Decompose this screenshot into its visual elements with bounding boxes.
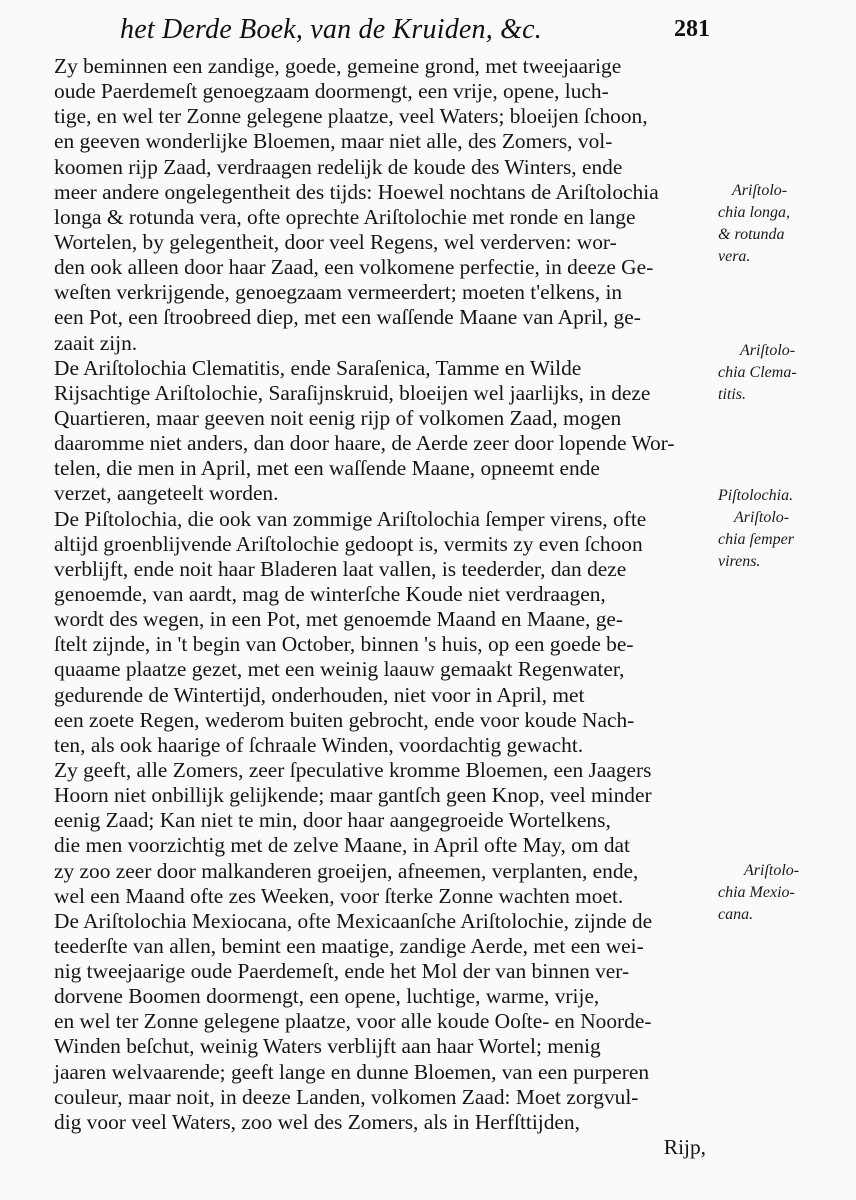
book-page: het Derde Boek, van de Kruiden, &c. 281 … <box>0 0 856 1200</box>
text-line: dorvene Boomen doormengt, een opene, luc… <box>54 984 706 1009</box>
line-text: den ook alleen door haar Zaad, een volko… <box>54 255 653 280</box>
line-text: Wortelen, by gelegentheit, door veel Reg… <box>54 230 617 255</box>
marginal-line: virens. <box>718 551 848 573</box>
text-line: koomen rijp Zaad, verdraagen redelijk de… <box>54 155 706 180</box>
line-text: Hoorn niet onbillijk gelijkende; maar ga… <box>54 783 652 808</box>
text-line: een zoete Regen, wederom buiten gebrocht… <box>54 708 706 733</box>
line-text: Zy geeft, alle Zomers, zeer ſpeculative … <box>54 758 652 783</box>
line-text: De Piſtolochia, die ook van zommige Ariſ… <box>54 507 646 532</box>
text-line: Zy geeft, alle Zomers, zeer ſpeculative … <box>54 758 706 783</box>
line-text: die men voorzichtig met de zelve Maane, … <box>54 833 630 858</box>
text-line: en geeven wonderlijke Bloemen, maar niet… <box>54 129 706 154</box>
line-text: een zoete Regen, wederom buiten gebrocht… <box>54 708 634 733</box>
text-line: verzet, aangeteelt worden. <box>54 481 706 506</box>
text-line: oude Paerdemeſt genoegzaam doormengt, ee… <box>54 79 706 104</box>
text-line: zaait zijn. <box>54 331 706 356</box>
text-line: jaaren welvaarende; geeft lange en dunne… <box>54 1060 706 1085</box>
text-line: Quartieren, maar geeven noit eenig rijp … <box>54 406 706 431</box>
line-text: dorvene Boomen doormengt, een opene, luc… <box>54 984 599 1009</box>
marginal-line: chia ſemper <box>718 529 848 551</box>
text-line: eenig Zaad; Kan niet te min, door haar a… <box>54 808 706 833</box>
text-line: den ook alleen door haar Zaad, een volko… <box>54 255 706 280</box>
line-text: zaait zijn. <box>54 331 137 356</box>
text-line: teederſte van allen, bemint een maatige,… <box>54 934 706 959</box>
page-header: het Derde Boek, van de Kruiden, &c. 281 <box>120 10 710 50</box>
running-title: het Derde Boek, van de Kruiden, &c. <box>120 14 542 46</box>
line-text: daaromme niet anders, dan door haare, de… <box>54 431 674 456</box>
marginal-line: Ariſtolo- <box>718 860 848 882</box>
marginal-line: Piſtolochia. <box>718 485 848 507</box>
text-line: meer andere ongelegentheit des tijds: Ho… <box>54 180 706 205</box>
text-line: De Ariſtolochia Mexiocana, ofte Mexicaan… <box>54 909 706 934</box>
line-text: Rijsachtige Ariſtolochie, Saraſijnskruid… <box>54 381 650 406</box>
line-text: meer andere ongelegentheit des tijds: Ho… <box>54 180 659 205</box>
line-text: wordt des wegen, in een Pot, met genoemd… <box>54 607 623 632</box>
marginal-line: & rotunda <box>718 224 848 246</box>
text-line: De Ariſtolochia Clematitis, ende Saraſen… <box>54 356 706 381</box>
line-text: longa & rotunda vera, ofte oprechte Ariſ… <box>54 205 636 230</box>
text-line: die men voorzichtig met de zelve Maane, … <box>54 833 706 858</box>
line-text: Zy beminnen een zandige, goede, gemeine … <box>54 54 621 79</box>
marginal-line: Ariſtolo- <box>718 507 848 529</box>
text-line: De Piſtolochia, die ook van zommige Ariſ… <box>54 507 706 532</box>
text-line: longa & rotunda vera, ofte oprechte Ariſ… <box>54 205 706 230</box>
line-text: nig tweejaarige oude Paerdemeſt, ende he… <box>54 959 629 984</box>
text-line: gedurende de Wintertijd, onderhouden, ni… <box>54 683 706 708</box>
line-text: koomen rijp Zaad, verdraagen redelijk de… <box>54 155 622 180</box>
text-line: ſtelt zijnde, in 't begin van October, b… <box>54 632 706 657</box>
line-text: altijd groenblijvende Ariſtolochie gedoo… <box>54 532 643 557</box>
line-text: en wel ter Zonne gelegene plaatze, voor … <box>54 1009 652 1034</box>
body-text: Zy beminnen een zandige, goede, gemeine … <box>54 54 706 1160</box>
text-line: Winden beſchut, weinig Waters verblijft … <box>54 1034 706 1059</box>
text-line: wel een Maand ofte zes Weeken, voor ſter… <box>54 884 706 909</box>
line-text: en geeven wonderlijke Bloemen, maar niet… <box>54 129 612 154</box>
line-text: een Pot, een ſtroobreed diep, met een wa… <box>54 305 641 330</box>
marginal-note: Piſtolochia. Ariſtolo- chia ſemper viren… <box>718 485 848 573</box>
text-line: wordt des wegen, in een Pot, met genoemd… <box>54 607 706 632</box>
marginal-note: Ariſtolo- chia Mexio- cana. <box>718 860 848 926</box>
text-line: een Pot, een ſtroobreed diep, met een wa… <box>54 305 706 330</box>
text-line: Rijsachtige Ariſtolochie, Saraſijnskruid… <box>54 381 706 406</box>
text-line: genoemde, van aardt, mag de winterſche K… <box>54 582 706 607</box>
page-number: 281 <box>674 16 710 43</box>
text-line: dig voor veel Waters, zoo wel des Zomers… <box>54 1110 706 1135</box>
line-text: weſten verkrijgende, genoegzaam vermeerd… <box>54 280 622 305</box>
line-text: De Ariſtolochia Mexiocana, ofte Mexicaan… <box>54 909 652 934</box>
line-text: zy zoo zeer door malkanderen groeijen, a… <box>54 859 638 884</box>
text-line: ten, als ook haarige of ſchraale Winden,… <box>54 733 706 758</box>
line-text: teederſte van allen, bemint een maatige,… <box>54 934 644 959</box>
marginal-line: cana. <box>718 904 848 926</box>
text-line: daaromme niet anders, dan door haare, de… <box>54 431 706 456</box>
text-line: telen, die men in April, met een waſſend… <box>54 456 706 481</box>
text-line: zy zoo zeer door malkanderen groeijen, a… <box>54 859 706 884</box>
line-text: ſtelt zijnde, in 't begin van October, b… <box>54 632 634 657</box>
marginal-line: chia longa, <box>718 202 848 224</box>
catchword-text: Rijp, <box>664 1135 706 1160</box>
line-text: couleur, maar noit, in deeze Landen, vol… <box>54 1085 638 1110</box>
line-text: eenig Zaad; Kan niet te min, door haar a… <box>54 808 611 833</box>
text-line: Wortelen, by gelegentheit, door veel Reg… <box>54 230 706 255</box>
catchword: Rijp, <box>54 1135 706 1160</box>
text-line: quaame plaatze gezet, met een weinig laa… <box>54 657 706 682</box>
marginal-note: Ariſtolo- chia Clema- titis. <box>718 340 848 406</box>
marginal-line: Ariſtolo- <box>718 340 848 362</box>
line-text: genoemde, van aardt, mag de winterſche K… <box>54 582 606 607</box>
marginal-line: Ariſtolo- <box>718 180 848 202</box>
line-text: gedurende de Wintertijd, onderhouden, ni… <box>54 683 584 708</box>
text-line: Hoorn niet onbillijk gelijkende; maar ga… <box>54 783 706 808</box>
text-line: weſten verkrijgende, genoegzaam vermeerd… <box>54 280 706 305</box>
text-line: verblijft, ende noit haar Bladeren laat … <box>54 557 706 582</box>
marginal-line: chia Mexio- <box>718 882 848 904</box>
line-text: oude Paerdemeſt genoegzaam doormengt, ee… <box>54 79 609 104</box>
line-text: dig voor veel Waters, zoo wel des Zomers… <box>54 1110 580 1135</box>
marginal-line: vera. <box>718 246 848 268</box>
line-text: jaaren welvaarende; geeft lange en dunne… <box>54 1060 649 1085</box>
line-text: telen, die men in April, met een waſſend… <box>54 456 600 481</box>
line-text: quaame plaatze gezet, met een weinig laa… <box>54 657 624 682</box>
line-text: Winden beſchut, weinig Waters verblijft … <box>54 1034 601 1059</box>
text-line: tige, en wel ter Zonne gelegene plaatze,… <box>54 104 706 129</box>
line-text: Quartieren, maar geeven noit eenig rijp … <box>54 406 621 431</box>
text-line: couleur, maar noit, in deeze Landen, vol… <box>54 1085 706 1110</box>
text-line: nig tweejaarige oude Paerdemeſt, ende he… <box>54 959 706 984</box>
text-line: altijd groenblijvende Ariſtolochie gedoo… <box>54 532 706 557</box>
line-text: ten, als ook haarige of ſchraale Winden,… <box>54 733 583 758</box>
marginal-line: titis. <box>718 384 848 406</box>
line-text: verblijft, ende noit haar Bladeren laat … <box>54 557 626 582</box>
text-line: en wel ter Zonne gelegene plaatze, voor … <box>54 1009 706 1034</box>
line-text: De Ariſtolochia Clematitis, ende Saraſen… <box>54 356 581 381</box>
line-text: wel een Maand ofte zes Weeken, voor ſter… <box>54 884 623 909</box>
text-line: Zy beminnen een zandige, goede, gemeine … <box>54 54 706 79</box>
marginal-note: Ariſtolo- chia longa, & rotunda vera. <box>718 180 848 268</box>
line-text: verzet, aangeteelt worden. <box>54 481 278 506</box>
line-text: tige, en wel ter Zonne gelegene plaatze,… <box>54 104 648 129</box>
marginal-line: chia Clema- <box>718 362 848 384</box>
